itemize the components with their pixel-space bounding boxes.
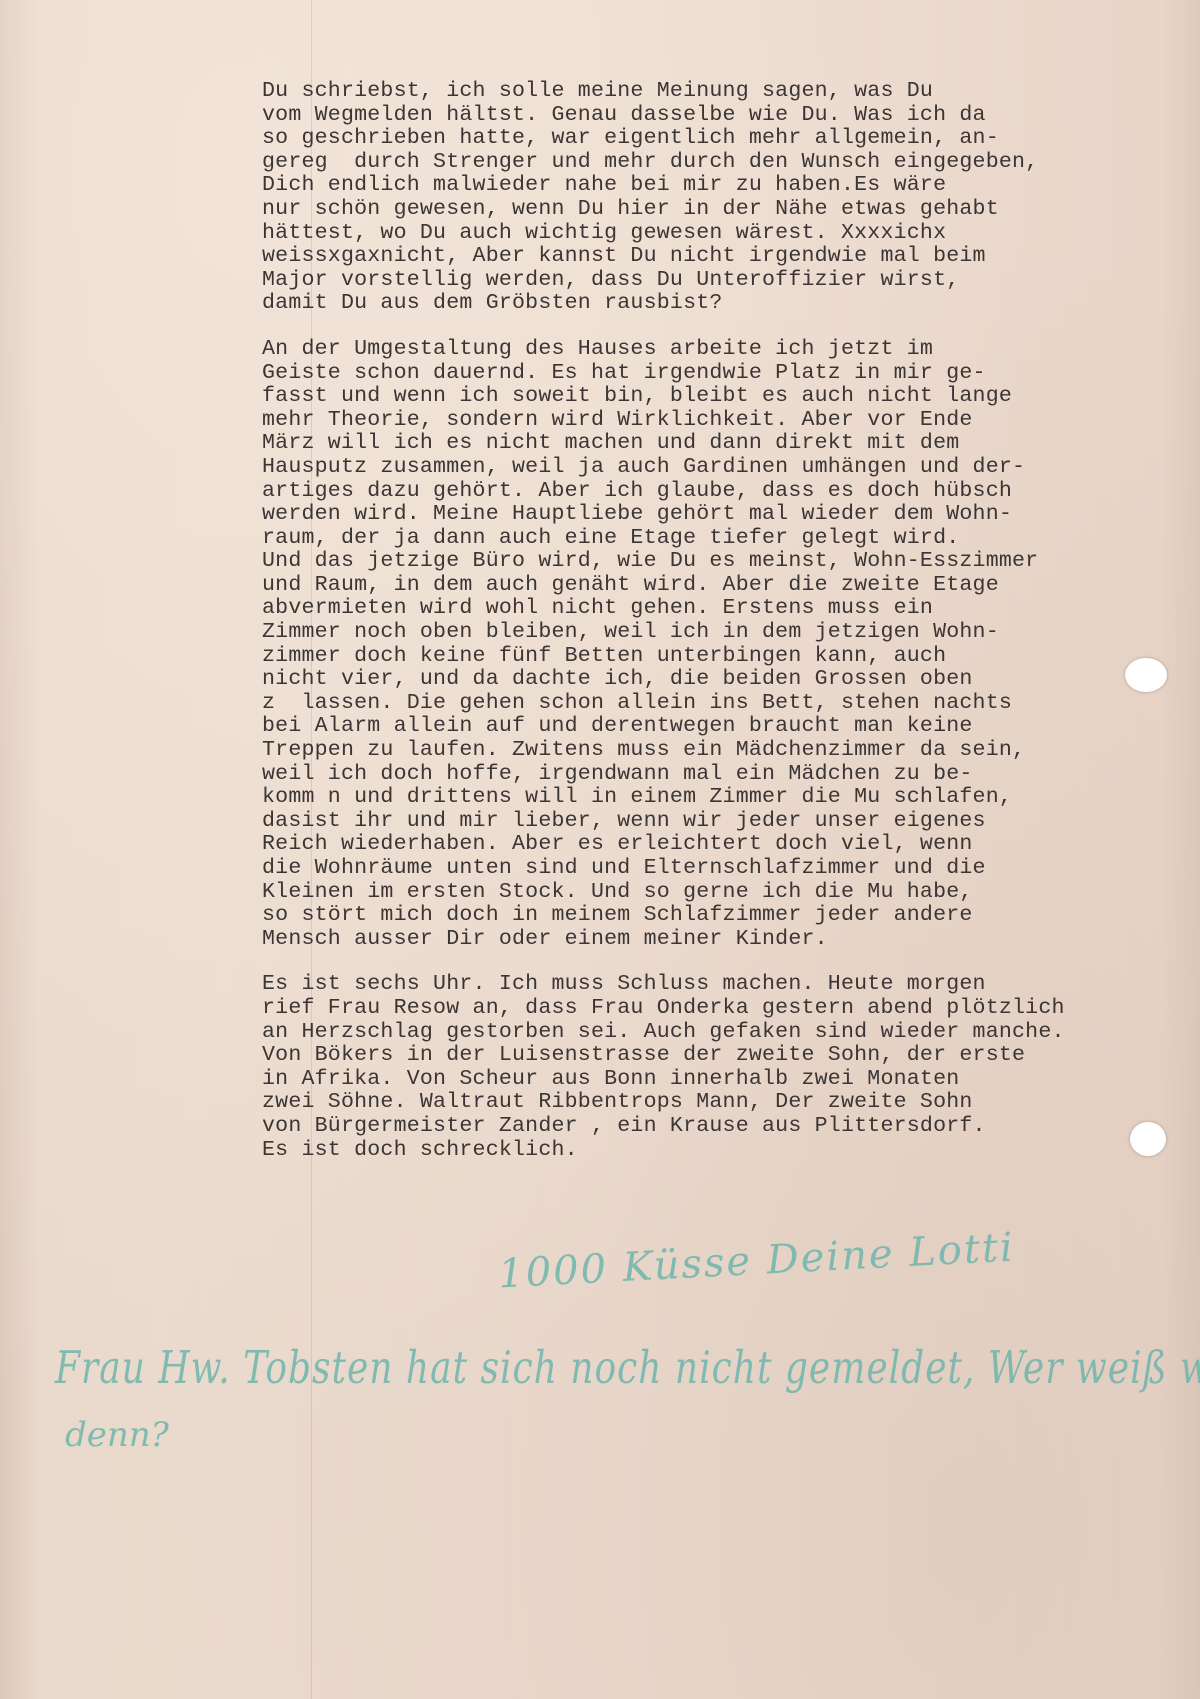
text-line: bei Alarm allein auf und derentwegen bra… bbox=[262, 715, 1162, 739]
text-line: z lassen. Die gehen schon allein ins Bet… bbox=[262, 692, 1162, 716]
text-line: An der Umgestaltung des Hauses arbeite i… bbox=[262, 338, 1162, 362]
text-line: die Wohnräume unten sind und Elternschla… bbox=[262, 857, 1162, 881]
text-line: abvermieten wird wohl nicht gehen. Erste… bbox=[262, 597, 1162, 621]
text-line: in Afrika. Von Scheur aus Bonn innerhalb… bbox=[262, 1068, 1162, 1092]
text-line: mehr Theorie, sondern wird Wirklichkeit.… bbox=[262, 409, 1162, 433]
text-line: dasist ihr und mir lieber, wenn wir jede… bbox=[262, 810, 1162, 834]
text-line: zwei Söhne. Waltraut Ribbentrops Mann, D… bbox=[262, 1091, 1162, 1115]
text-line: Treppen zu laufen. Zwitens muss ein Mädc… bbox=[262, 739, 1162, 763]
text-line: komm n und drittens will in einem Zimmer… bbox=[262, 786, 1162, 810]
text-line: von Bürgermeister Zander , ein Krause au… bbox=[262, 1115, 1162, 1139]
text-line: Hausputz zusammen, weil ja auch Gardinen… bbox=[262, 456, 1162, 480]
text-line: Major vorstellig werden, dass Du Unterof… bbox=[262, 269, 1162, 293]
text-line: werden wird. Meine Hauptliebe gehört mal… bbox=[262, 503, 1162, 527]
text-line: Reich wiederhaben. Aber es erleichtert d… bbox=[262, 833, 1162, 857]
text-line: rief Frau Resow an, dass Frau Onderka ge… bbox=[262, 997, 1162, 1021]
text-line: Mensch ausser Dir oder einem meiner Kind… bbox=[262, 928, 1162, 952]
text-line: Es ist sechs Uhr. Ich muss Schluss mache… bbox=[262, 973, 1162, 997]
text-line: Zimmer noch oben bleiben, weil ich in de… bbox=[262, 621, 1162, 645]
text-line: weissxgaxnicht, Aber kannst Du nicht irg… bbox=[262, 245, 1162, 269]
text-line: nur schön gewesen, wenn Du hier in der N… bbox=[262, 198, 1162, 222]
handwritten-postscript-line-2: denn? bbox=[65, 1415, 169, 1455]
text-line: so stört mich doch in meinem Schlafzimme… bbox=[262, 904, 1162, 928]
paragraph-3: Es ist sechs Uhr. Ich muss Schluss mache… bbox=[262, 973, 1162, 1162]
text-line: Du schriebst, ich solle meine Meinung sa… bbox=[262, 80, 1162, 104]
text-line: zimmer doch keine fünf Betten unterbinge… bbox=[262, 645, 1162, 669]
text-line: gereg durch Strenger und mehr durch den … bbox=[262, 151, 1162, 175]
text-line: März will ich es nicht machen und dann d… bbox=[262, 432, 1162, 456]
handwritten-postscript-line-1: Frau Hw. Tobsten hat sich noch nicht gem… bbox=[55, 1343, 1200, 1394]
text-line: an Herzschlag gestorben sei. Auch gefake… bbox=[262, 1021, 1162, 1045]
paragraph-1: Du schriebst, ich solle meine Meinung sa… bbox=[262, 80, 1162, 316]
text-line: Kleinen im ersten Stock. Und so gerne ic… bbox=[262, 881, 1162, 905]
paragraph-2: An der Umgestaltung des Hauses arbeite i… bbox=[262, 338, 1162, 951]
text-line: vom Wegmelden hältst. Genau dasselbe wie… bbox=[262, 104, 1162, 128]
punch-hole bbox=[1125, 658, 1167, 692]
text-line: so geschrieben hatte, war eigentlich meh… bbox=[262, 127, 1162, 151]
text-line: und Raum, in dem auch genäht wird. Aber … bbox=[262, 574, 1162, 598]
text-line: artiges dazu gehört. Aber ich glaube, da… bbox=[262, 480, 1162, 504]
text-line: nicht vier, und da dachte ich, die beide… bbox=[262, 668, 1162, 692]
text-line: damit Du aus dem Gröbsten rausbist? bbox=[262, 292, 1162, 316]
text-line: Geiste schon dauernd. Es hat irgendwie P… bbox=[262, 362, 1162, 386]
text-line: Dich endlich malwieder nahe bei mir zu h… bbox=[262, 174, 1162, 198]
text-line: raum, der ja dann auch eine Etage tiefer… bbox=[262, 527, 1162, 551]
punch-hole bbox=[1130, 1122, 1166, 1156]
text-line: Von Bökers in der Luisenstrasse der zwei… bbox=[262, 1044, 1162, 1068]
letter-body: Du schriebst, ich solle meine Meinung sa… bbox=[262, 80, 1162, 1184]
text-line: hättest, wo Du auch wichtig gewesen wäre… bbox=[262, 222, 1162, 246]
text-line: Und das jetzige Büro wird, wie Du es mei… bbox=[262, 550, 1162, 574]
text-line: Es ist doch schrecklich. bbox=[262, 1139, 1162, 1163]
text-line: weil ich doch hoffe, irgendwann mal ein … bbox=[262, 763, 1162, 787]
text-line: fasst und wenn ich soweit bin, bleibt es… bbox=[262, 385, 1162, 409]
